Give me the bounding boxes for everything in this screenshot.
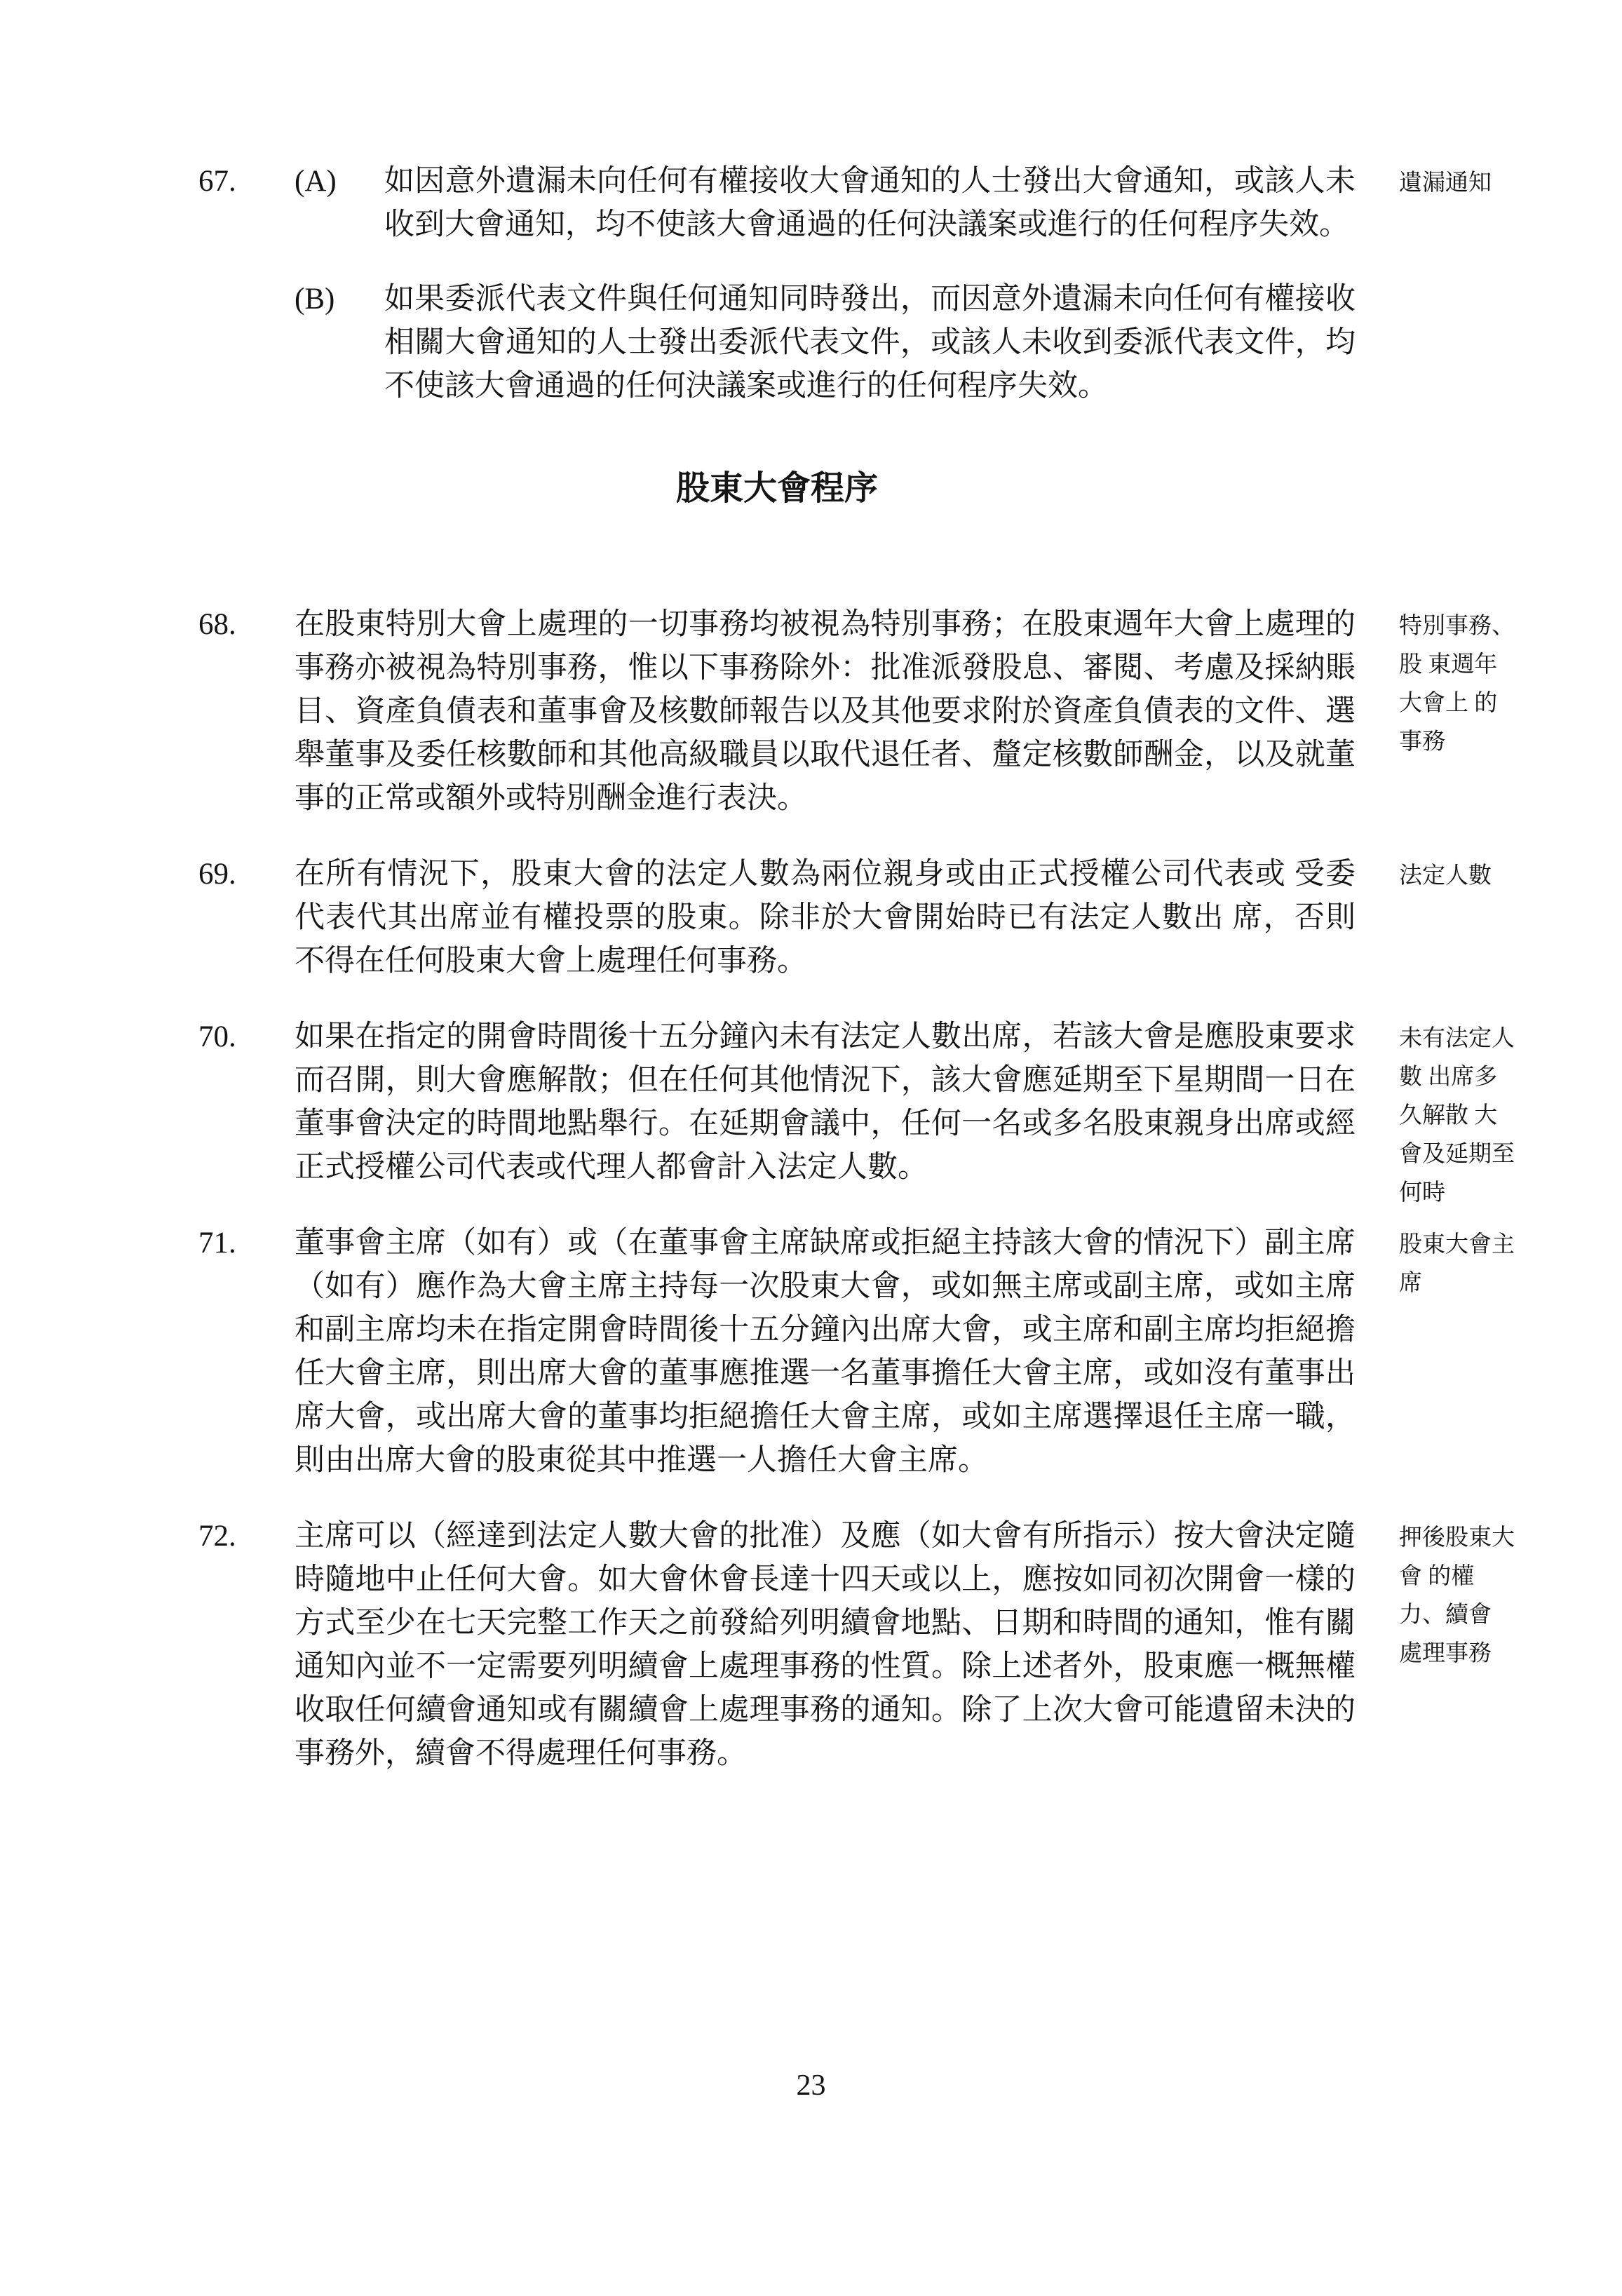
article-71-text: 董事會主席（如有）或（在董事會主席缺席或拒絕主持該大會的情況下）副主席（如有）應…	[295, 1222, 1356, 1483]
article-67a-label: (A)	[295, 160, 384, 203]
article-67b-text: 如果委派代表文件與任何通知同時發出，而因意外遺漏未向任何有權接收相關大會通知的人…	[384, 278, 1356, 408]
article-70-text: 如果在指定的開會時間後十五分鐘內未有法定人數出席，若該大會是應股東要求而召開，則…	[295, 1015, 1356, 1189]
article-69-text: 在所有情況下，股東大會的法定人數為兩位親身或由正式授權公司代表或 受委代表代其出…	[295, 853, 1356, 983]
article-71: 71. 董事會主席（如有）或（在董事會主席缺席或拒絕主持該大會的情況下）副主席（…	[198, 1222, 1552, 1483]
article-69: 69. 在所有情況下，股東大會的法定人數為兩位親身或由正式授權公司代表或 受委代…	[198, 853, 1552, 983]
article-68-number: 68.	[198, 603, 295, 647]
article-67a: (A) 如因意外遺漏未向任何有權接收大會通知的人士發出大會通知，或該人未收到大會…	[295, 160, 1356, 247]
article-67b: (B) 如果委派代表文件與任何通知同時發出，而因意外遺漏未向任何有權接收相關大會…	[295, 278, 1356, 408]
margin-note-70: 未有法定人 數 出席多 久解散 大 會及延期至 何時	[1399, 1020, 1550, 1213]
page-number: 23	[0, 2067, 1622, 2104]
article-69-number: 69.	[198, 853, 295, 896]
article-70: 70. 如果在指定的開會時間後十五分鐘內未有法定人數出席，若該大會是應股東要求而…	[198, 1015, 1552, 1189]
article-72: 72. 主席可以（經達到法定人數大會的批准）及應（如大會有所指示）按大會決定隨時…	[198, 1515, 1552, 1776]
article-71-number: 71.	[198, 1222, 295, 1265]
article-68: 68. 在股東特別大會上處理的一切事務均被視為特別事務；在股東週年大會上處理的事…	[198, 603, 1552, 821]
article-67: 67. (A) 如因意外遺漏未向任何有權接收大會通知的人士發出大會通知，或該人未…	[198, 160, 1552, 408]
margin-note-72: 押後股東大 會 的權 力、續會 處理事務	[1399, 1519, 1550, 1673]
article-67b-label: (B)	[295, 278, 384, 321]
article-67-number: 67.	[198, 160, 295, 203]
article-72-text: 主席可以（經達到法定人數大會的批准）及應（如大會有所指示）按大會決定隨時隨地中止…	[295, 1515, 1356, 1776]
section-heading: 股東大會程序	[198, 467, 1356, 511]
margin-note-71: 股東大會主 席	[1399, 1226, 1550, 1303]
document-page: 67. (A) 如因意外遺漏未向任何有權接收大會通知的人士發出大會通知，或該人未…	[0, 0, 1622, 2296]
article-67-subitems: (A) 如因意外遺漏未向任何有權接收大會通知的人士發出大會通知，或該人未收到大會…	[295, 160, 1356, 408]
article-67a-text: 如因意外遺漏未向任何有權接收大會通知的人士發出大會通知，或該人未收到大會通知，均…	[384, 160, 1356, 247]
article-68-text: 在股東特別大會上處理的一切事務均被視為特別事務；在股東週年大會上處理的事務亦被視…	[295, 603, 1356, 821]
margin-note-69: 法定人數	[1399, 857, 1550, 896]
article-72-number: 72.	[198, 1515, 295, 1558]
margin-note-67: 遺漏通知	[1399, 164, 1550, 203]
document-content: 67. (A) 如因意外遺漏未向任何有權接收大會通知的人士發出大會通知，或該人未…	[198, 160, 1552, 1808]
margin-note-68: 特別事務、 股 東週年 大會上 的 事務	[1399, 607, 1550, 762]
article-70-number: 70.	[198, 1015, 295, 1059]
